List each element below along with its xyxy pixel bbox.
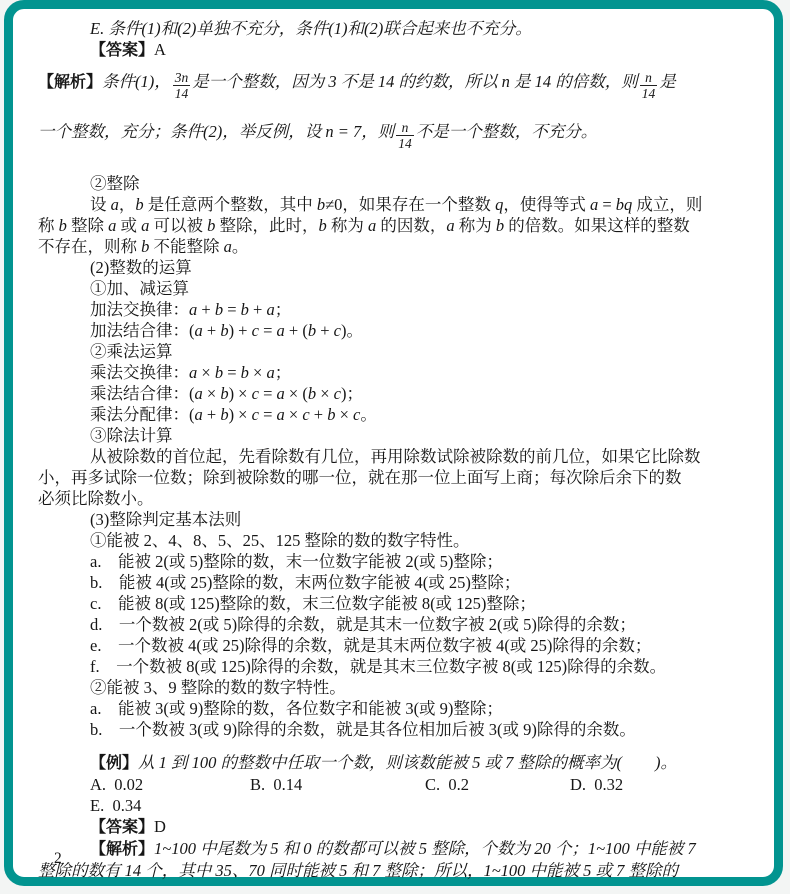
text-line: 加法结合律：(a + b) + c = a + (b + c)。 (38, 320, 750, 341)
text-line: 加法交换律：a + b = b + a； (38, 299, 750, 320)
text-line: ②乘法运算 (38, 341, 750, 362)
bold-bracket-label: 【答案】 (90, 42, 154, 59)
text-line: b. 能被 4(或 25)整除的数，末两位数字能被 4(或 25)整除； (38, 572, 750, 593)
text-line: ①能被 2、4、8、5、25、125 整除的数的数字特性。 (38, 530, 750, 551)
text-line: ②能被 3、9 整除的数的数字特性。 (38, 677, 750, 698)
option-A: A. 0.02 (90, 774, 250, 795)
option-D: D. 0.32 (570, 774, 750, 795)
text-line: E. 0.34 (38, 795, 750, 816)
inline-fraction: n14 (396, 120, 414, 151)
page-content: E. 条件(1)和(2)单独不充分，条件(1)和(2)联合起来也不充分。【答案】… (38, 18, 750, 881)
text-line: 设 a，b 是任意两个整数，其中 b≠0，如果存在一个整数 q，使得等式 a =… (38, 194, 750, 215)
text-line: 必须比除数小。 (38, 488, 750, 509)
text-line: ③除法计算 (38, 425, 750, 446)
text-line: 【例】从 1 到 100 的整数中任取一个数，则该数能被 5 或 7 整除的概率… (38, 752, 750, 774)
blank-line (38, 740, 750, 752)
blank-line (38, 161, 750, 173)
text-line: 乘法结合律：(a × b) × c = a × (b × c)； (38, 383, 750, 404)
bold-bracket-label: 【例】 (90, 755, 138, 772)
bold-bracket-label: 【解析】 (90, 841, 154, 858)
text-line: 小，再多试除一位数；除到被除数的哪一位，就在那一位上面写上商；每次除后余下的数 (38, 467, 750, 488)
text-line: b. 一个数被 3(或 9)除得的余数，就是其各位相加后被 3(或 9)除得的余… (38, 719, 750, 740)
text-line: 【答案】A (38, 39, 750, 61)
option-B: B. 0.14 (250, 774, 425, 795)
fraction-denominator: 14 (640, 85, 658, 101)
fraction-denominator: 14 (173, 85, 191, 101)
text-line: 从被除数的首位起，先看除数有几位，再用除数试除被除数的前几位，如果它比除数 (38, 446, 750, 467)
inline-fraction: n14 (640, 70, 658, 101)
text-line: 整除的数有 14 个，其中 35、70 同时能被 5 和 7 整除；所以，1~1… (38, 860, 750, 881)
answer-options-row: A. 0.02B. 0.14C. 0.2D. 0.32 (38, 774, 750, 795)
text-line: (2)整数的运算 (38, 257, 750, 278)
text-line: ②整除 (38, 173, 750, 194)
text-line: 一个整数，充分；条件(2)，举反例，设 n = 7，则n14不是一个整数，不充分… (38, 111, 750, 161)
text-line: E. 条件(1)和(2)单独不充分，条件(1)和(2)联合起来也不充分。 (38, 18, 750, 39)
bold-bracket-label: 【解析】 (38, 74, 102, 91)
text-line: 【解析】条件(1)，3n14是一个整数，因为 3 不是 14 的约数，所以 n … (38, 61, 750, 111)
fraction-numerator: 3n (173, 70, 191, 85)
text-line: 乘法交换律：a × b = b × a； (38, 362, 750, 383)
option-C: C. 0.2 (425, 774, 570, 795)
text-line: 乘法分配律：(a + b) × c = a × c + b × c。 (38, 404, 750, 425)
text-line: d. 一个数被 2(或 5)除得的余数，就是其末一位数字被 2(或 5)除得的余… (38, 614, 750, 635)
text-line: 【答案】D (38, 816, 750, 838)
inline-fraction: 3n14 (173, 70, 191, 101)
text-line: a. 能被 2(或 5)整除的数，末一位数字能被 2(或 5)整除； (38, 551, 750, 572)
text-line: ①加、减运算 (38, 278, 750, 299)
fraction-denominator: 14 (396, 135, 414, 151)
fraction-numerator: n (640, 70, 658, 85)
text-line: f. 一个数被 8(或 125)除得的余数，就是其末三位数字被 8(或 125)… (38, 656, 750, 677)
text-line: c. 能被 8(或 125)整除的数，末三位数字能被 8(或 125)整除； (38, 593, 750, 614)
text-line: a. 能被 3(或 9)整除的数，各位数字和能被 3(或 9)整除； (38, 698, 750, 719)
text-line: 称 b 整除 a 或 a 可以被 b 整除，此时，b 称为 a 的因数，a 称为… (38, 215, 750, 236)
text-line: 不存在，则称 b 不能整除 a。 (38, 236, 750, 257)
fraction-numerator: n (396, 120, 414, 135)
bold-bracket-label: 【答案】 (90, 819, 154, 836)
text-line: (3)整除判定基本法则 (38, 509, 750, 530)
text-line: 【解析】1~100 中尾数为 5 和 0 的数都可以被 5 整除，个数为 20 … (38, 838, 750, 860)
page-number: 2 (54, 849, 62, 869)
text-line: e. 一个数被 4(或 25)除得的余数，就是其末两位数字被 4(或 25)除得… (38, 635, 750, 656)
